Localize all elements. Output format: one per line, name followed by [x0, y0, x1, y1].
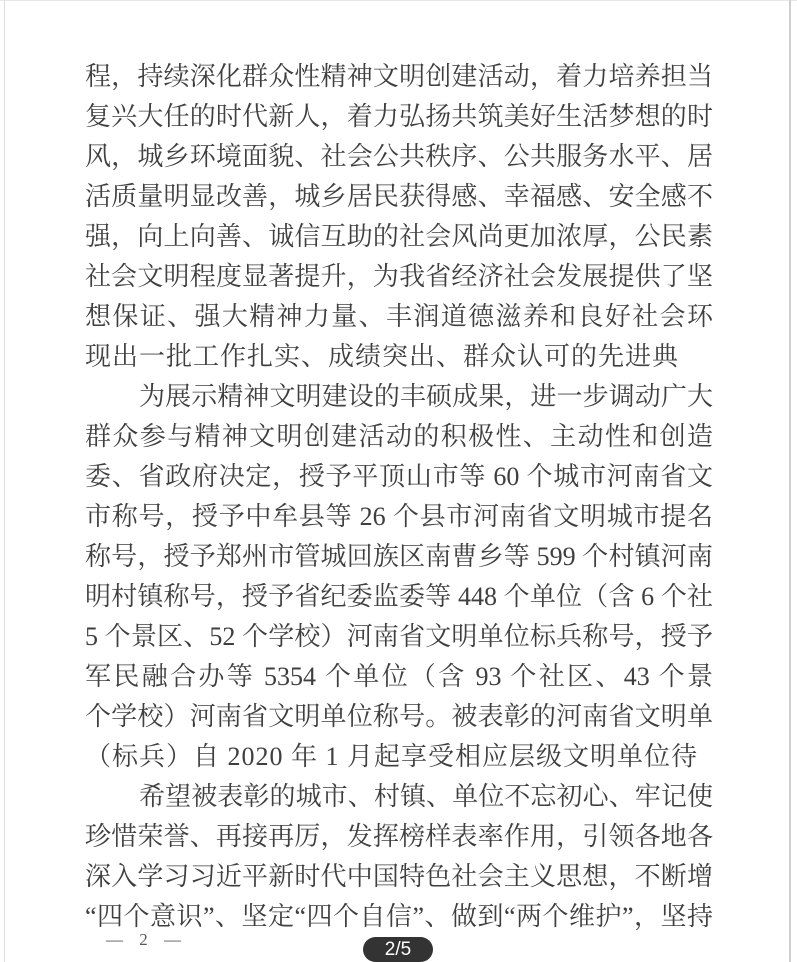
document-body-text: 程，持续深化群众性精神文明创建活动，着力培养担当民族 复兴大任的时代新人，着力弘… [85, 57, 713, 937]
text-line: 想保证、强大精神力量、丰润道德滋养和良好社会环境，涌 [85, 297, 713, 337]
text-line: 希望被表彰的城市、村镇、单位不忘初心、牢记使命， [85, 777, 713, 817]
text-line: 社会文明程度显著提升，为我省经济社会发展提供了坚强思 [85, 257, 713, 297]
page-number: — 2 — [106, 930, 187, 950]
document-page: 程，持续深化群众性精神文明创建活动，着力培养担当民族 复兴大任的时代新人，着力弘… [0, 0, 797, 962]
text-line: 群众参与精神文明创建活动的积极性、主动性和创造性，省 [85, 417, 713, 457]
text-line: 程，持续深化群众性精神文明创建活动，着力培养担当民族 [85, 57, 713, 97]
text-line: 委、省政府决定，授予平顶山市等 60 个城市河南省文明城 [85, 457, 713, 497]
page-top-edge [0, 0, 797, 1]
page-right-edge [789, 0, 791, 962]
text-line: 强，向上向善、诚信互助的社会风尚更加浓厚，公民素质和 [85, 217, 713, 257]
text-line: 深入学习习近平新时代中国特色社会主义思想，不断增强 [85, 857, 713, 897]
text-line: 珍惜荣誉、再接再厉，发挥榜样表率作用，引领各地各部门 [85, 817, 713, 857]
text-line: 现出一批工作扎实、成绩突出、群众认可的先进典型。 [85, 337, 713, 377]
page-left-edge [4, 0, 5, 962]
text-line: 个学校）河南省文明单位称号。被表彰的河南省文明单位 [85, 697, 713, 737]
text-line: 风，城乡环境面貌、社会公共秩序、公共服务水平、居民生 [85, 137, 713, 177]
text-line: 5 个景区、52 个学校）河南省文明单位标兵称号，授予省委 [85, 617, 713, 657]
text-line: 为展示精神文明建设的丰硕成果，进一步调动广大干部 [85, 377, 713, 417]
text-line: 市称号，授予中牟县等 26 个县市河南省文明城市提名城市 [85, 497, 713, 537]
page-indicator-badge: 2/5 [363, 937, 433, 962]
text-line: 活质量明显改善，城乡居民获得感、幸福感、安全感不断增 [85, 177, 713, 217]
text-line: 军民融合办等 5354 个单位（含 93 个社区、43 个景区、428 [85, 657, 713, 697]
text-line: （标兵）自 2020 年 1 月起享受相应层级文明单位待遇。 [85, 737, 713, 777]
text-line: 明村镇称号，授予省纪委监委等 448 个单位（含 6 个社区、 [85, 577, 713, 617]
text-line: 复兴大任的时代新人，着力弘扬共筑美好生活梦想的时代新 [85, 97, 713, 137]
text-line: 称号，授予郑州市管城回族区南曹乡等 599 个村镇河南省文 [85, 537, 713, 577]
